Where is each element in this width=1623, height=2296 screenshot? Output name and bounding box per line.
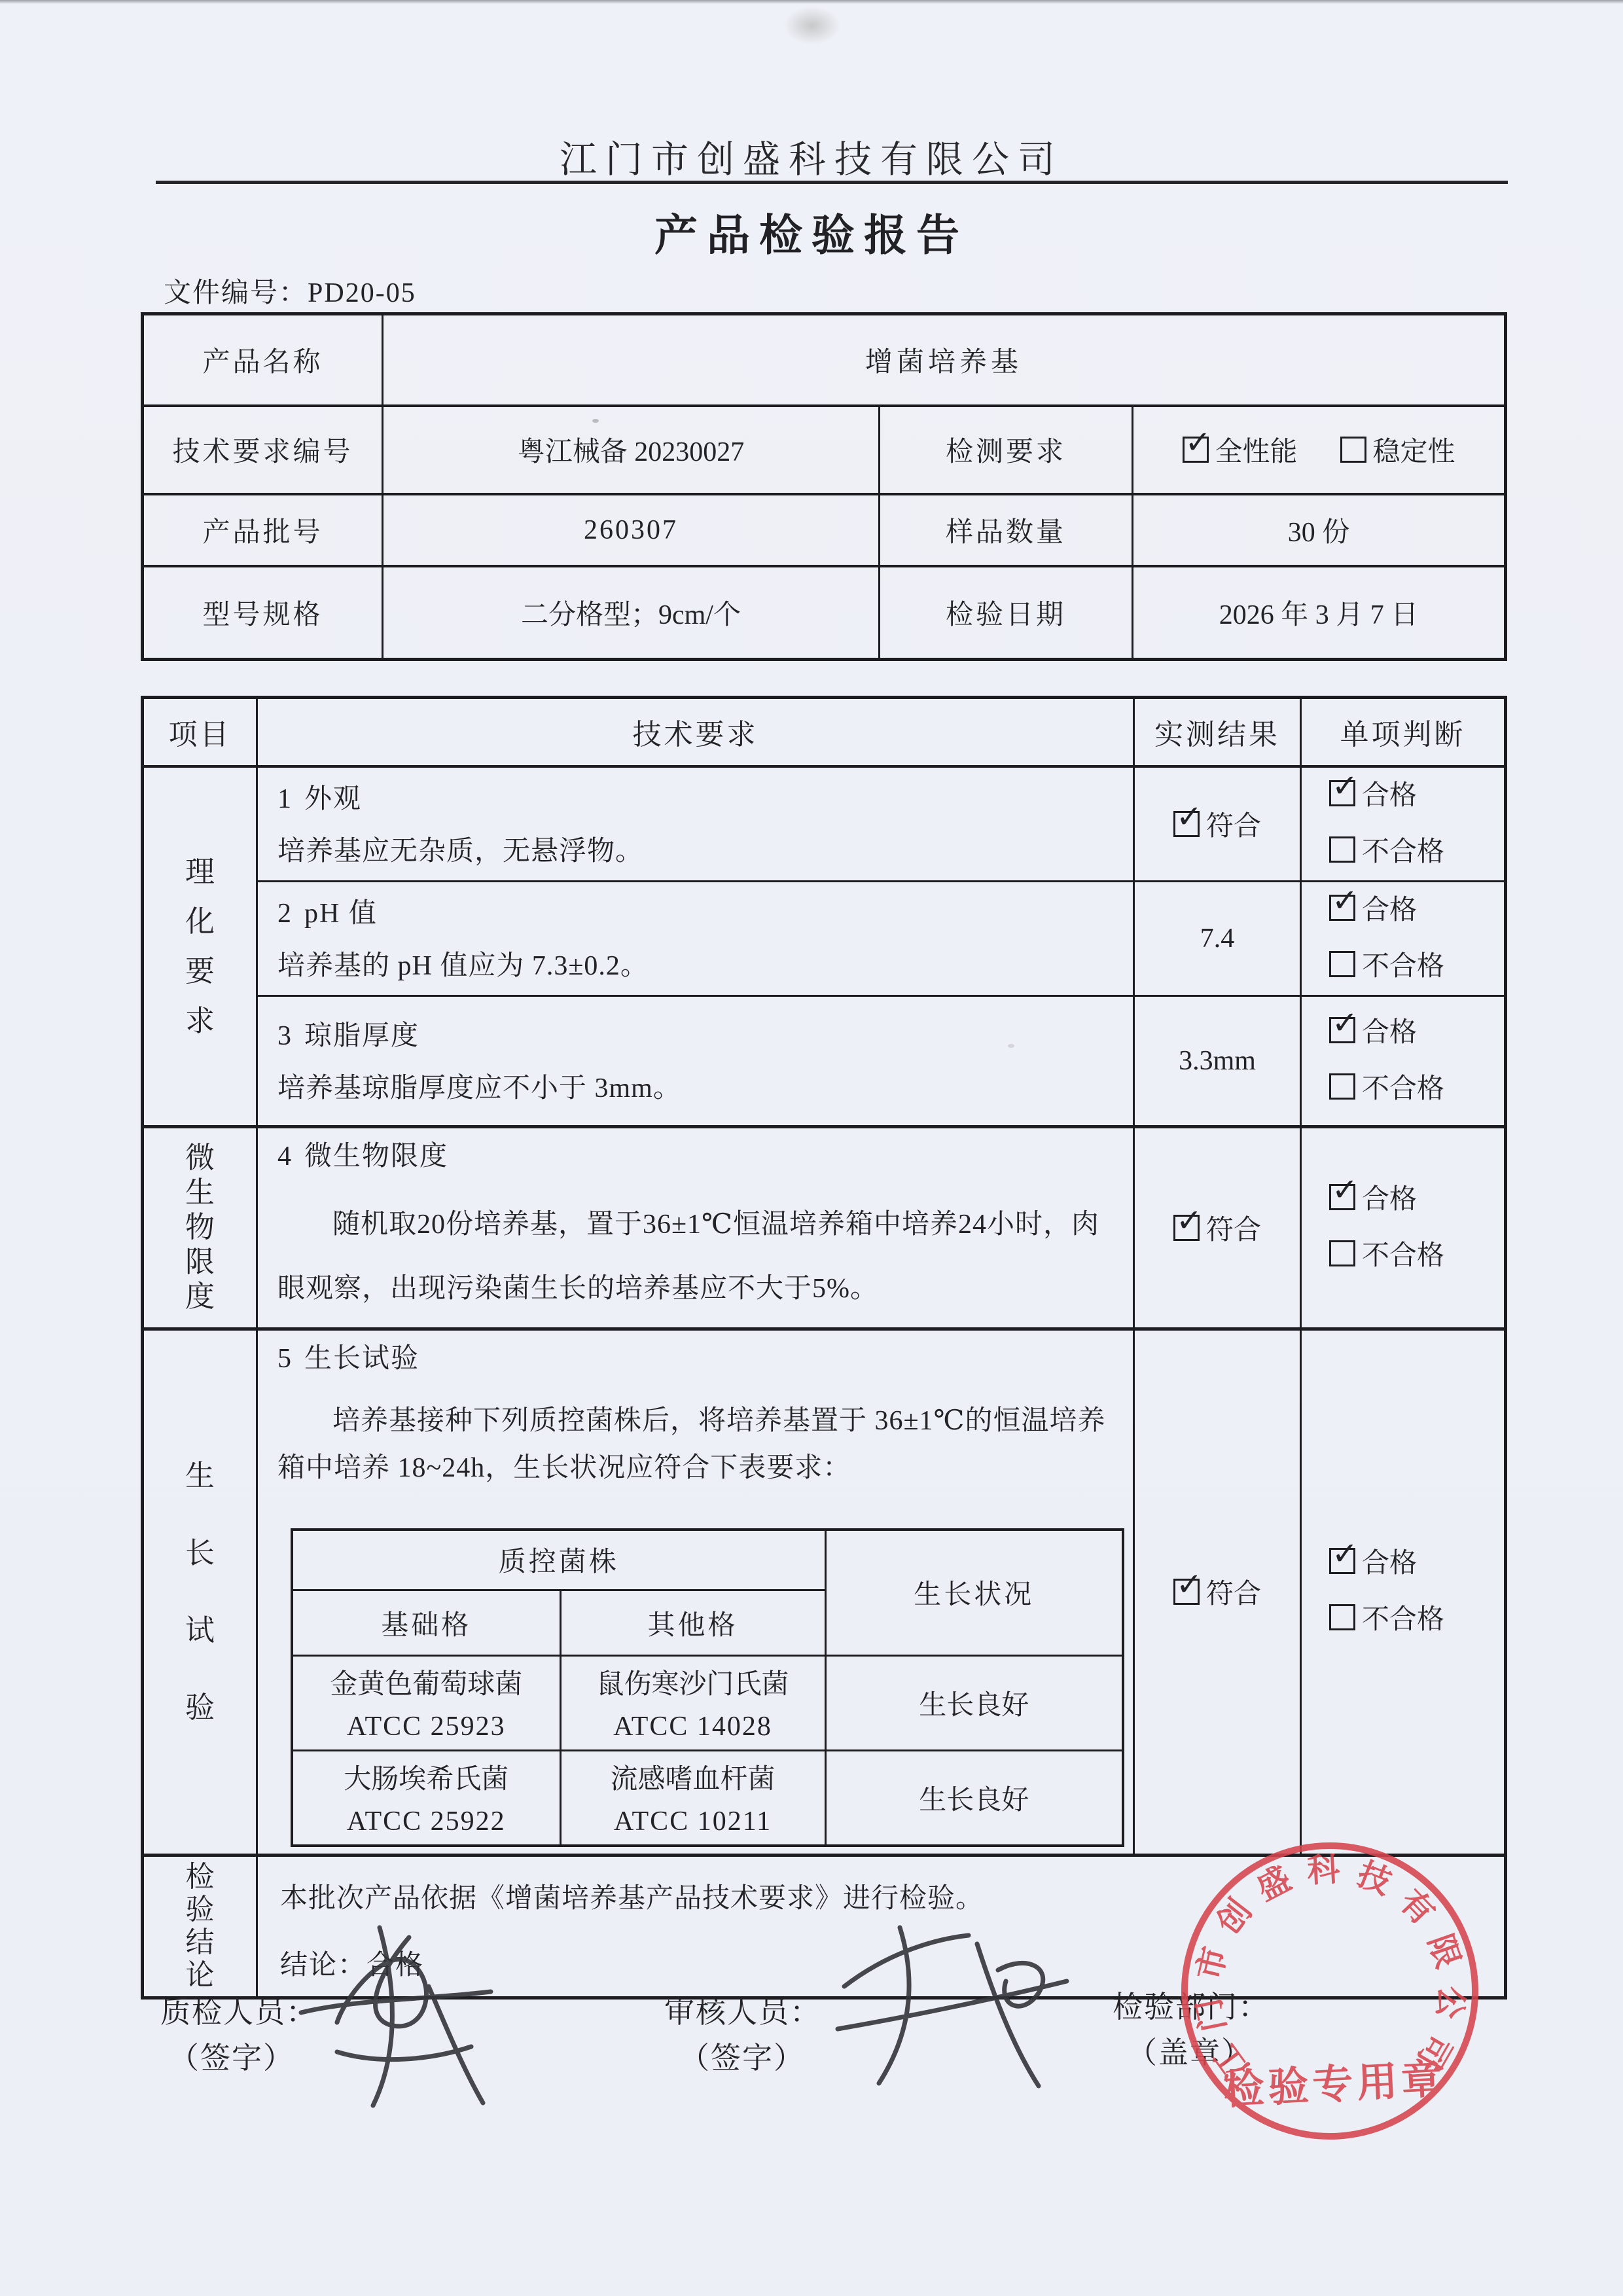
growth-status-cell: 生长良好	[825, 1656, 1123, 1751]
strain-base-cell: 金黄色葡萄球菌 ATCC 25923	[292, 1656, 560, 1751]
section-label-conclusion: 检验结论	[143, 1855, 257, 1998]
checkbox-checked-icon: ✓	[1173, 1579, 1200, 1605]
growth-col-base: 基础格	[292, 1590, 560, 1656]
table-row: 生长试验 5生长试验 培养基接种下列质控菌株后，将培养基置于 36±1℃的恒温培…	[143, 1329, 1506, 1855]
table-row: 产品名称 增菌培养基	[143, 314, 1506, 406]
checkbox-checked-icon: ✓	[1329, 780, 1355, 806]
strain-base-cell: 大肠埃希氏菌 ATCC 25922	[292, 1751, 560, 1846]
company-name: 江门市创盛科技有限公司	[0, 130, 1623, 183]
table-row: 理化要求 1外观 培养基应无杂质，无悬浮物。 ✓符合 ✓合格 不合格	[143, 766, 1506, 882]
item-name: 琼脂厚度	[304, 1021, 419, 1051]
section-label-micro: 微生物限度	[143, 1126, 257, 1329]
svg-text:门: 门	[1190, 1995, 1232, 2034]
item-desc: 随机取20份培养基，置于36±1℃恒温培养箱中培养24小时，肉眼观察，出现污染菌…	[277, 1193, 1116, 1321]
growth-col-other: 其他格	[560, 1590, 825, 1656]
requirement-cell: 2pH 值 培养基的 pH 值应为 7.3±0.2。	[257, 881, 1134, 996]
header-rule	[156, 181, 1508, 184]
item-number: 3	[277, 1017, 293, 1055]
checkbox-empty-icon	[1329, 1604, 1355, 1630]
test-req-option-full: 全性能	[1215, 437, 1298, 467]
svg-text:科: 科	[1306, 1851, 1341, 1890]
requirement-cell: 3琼脂厚度 培养基琼脂厚度应不小于 3mm。	[257, 996, 1134, 1126]
reviewer-signature	[802, 1908, 1077, 2104]
product-name-label: 产品名称	[143, 314, 383, 406]
col-header-item: 项目	[143, 698, 257, 766]
judgment-cell: ✓合格 不合格	[1301, 1126, 1506, 1329]
qc-signature	[275, 1901, 510, 2117]
document-number-value: PD20-05	[308, 278, 416, 308]
date-value: 2026 年 3 月 7 日	[1133, 566, 1506, 660]
checkbox-empty-icon	[1329, 951, 1355, 977]
inspection-results-table: 项目 技术要求 实测结果 单项判断 理化要求 1外观 培养基应无杂质，无悬浮物。…	[141, 696, 1507, 2000]
results-header-row: 项目 技术要求 实测结果 单项判断	[143, 698, 1506, 766]
judgment-cell: ✓合格 不合格	[1301, 996, 1506, 1126]
checkbox-checked-icon: ✓	[1329, 895, 1355, 921]
scan-smudge	[784, 7, 840, 45]
table-row: 大肠埃希氏菌 ATCC 25922 流感嗜血杆菌 ATCC 10211 生长良好	[292, 1751, 1123, 1846]
item-name: 微生物限度	[304, 1141, 448, 1172]
checkbox-checked-icon: ✓	[1329, 1017, 1355, 1043]
item-desc: 培养基琼脂厚度应不小于 3mm。	[277, 1069, 1116, 1107]
table-row: 金黄色葡萄球菌 ATCC 25923 鼠伤寒沙门氏菌 ATCC 14028 生长…	[292, 1656, 1123, 1751]
result-cell: 3.3mm	[1134, 996, 1301, 1126]
checkbox-checked-icon: ✓	[1329, 1548, 1355, 1574]
strain-other-cell: 流感嗜血杆菌 ATCC 10211	[560, 1751, 825, 1846]
stamp-company-arc-text: 江门市创盛科技有限公司	[1183, 1844, 1474, 2088]
test-req-label: 检测要求	[880, 406, 1133, 494]
checkbox-checked-icon: ✓	[1173, 811, 1200, 837]
checkbox-empty-icon	[1329, 836, 1355, 863]
sample-qty-value: 30 份	[1133, 494, 1506, 566]
judgment-cell: ✓合格 不合格	[1301, 881, 1506, 996]
judgment-cell: ✓合格 不合格	[1301, 766, 1506, 882]
growth-header-status: 生长状况	[825, 1530, 1123, 1656]
batch-value: 260307	[383, 494, 880, 566]
requirement-cell: 4微生物限度 随机取20份培养基，置于36±1℃恒温培养箱中培养24小时，肉眼观…	[257, 1126, 1134, 1329]
judgment-cell: ✓合格 不合格	[1301, 1329, 1506, 1855]
result-cell: 7.4	[1134, 881, 1301, 996]
test-req-value: ✓全性能 稳定性	[1133, 406, 1506, 494]
strain-other-cell: 鼠伤寒沙门氏菌 ATCC 14028	[560, 1656, 825, 1751]
growth-status-cell: 生长良好	[825, 1751, 1123, 1846]
reviewer-sub: （签字）	[679, 2034, 805, 2077]
svg-text:市: 市	[1190, 1943, 1234, 1983]
section-label-physchem: 理化要求	[143, 766, 257, 1127]
table-row: 3琼脂厚度 培养基琼脂厚度应不小于 3mm。 3.3mm ✓合格 不合格	[143, 996, 1506, 1126]
scan-edge-shadow	[0, 0, 1623, 4]
document-number: 文件编号：PD20-05	[164, 271, 416, 310]
svg-text:公: 公	[1431, 1984, 1470, 2020]
product-info-table: 产品名称 增菌培养基 技术要求编号 粤江械备 20230027 检测要求 ✓全性…	[141, 312, 1507, 661]
growth-test-table: 质控菌株 生长状况 基础格 其他格 金黄色葡萄球菌 ATCC 25923	[291, 1528, 1124, 1847]
item-name: pH 值	[304, 899, 378, 929]
checkbox-empty-icon	[1340, 437, 1366, 463]
item-name: 外观	[304, 784, 362, 814]
item-desc: 培养基的 pH 值应为 7.3±0.2。	[277, 947, 1116, 985]
table-row: 2pH 值 培养基的 pH 值应为 7.3±0.2。 7.4 ✓合格 不合格	[143, 881, 1506, 996]
growth-header-strains: 质控菌株	[292, 1530, 825, 1590]
checkbox-empty-icon	[1329, 1240, 1355, 1266]
table-row: 微生物限度 4微生物限度 随机取20份培养基，置于36±1℃恒温培养箱中培养24…	[143, 1126, 1506, 1329]
page-title: 产品检验报告	[0, 200, 1623, 262]
section-label-growth: 生长试验	[143, 1329, 257, 1855]
table-row: 技术要求编号 粤江械备 20230027 检测要求 ✓全性能 稳定性	[143, 406, 1506, 494]
tech-req-no-value: 粤江械备 20230027	[383, 406, 880, 494]
item-name: 生长试验	[304, 1344, 419, 1374]
model-label: 型号规格	[143, 566, 383, 660]
svg-text:限: 限	[1421, 1929, 1467, 1973]
table-row: 型号规格 二分格型；9cm/个 检验日期 2026 年 3 月 7 日	[143, 566, 1506, 660]
document-number-label: 文件编号：	[164, 278, 308, 308]
test-req-option-stability: 稳定性	[1373, 437, 1455, 467]
col-header-judgment: 单项判断	[1301, 698, 1506, 766]
svg-text:技: 技	[1353, 1856, 1397, 1901]
reviewer-label: 审核人员：	[664, 1988, 821, 2032]
item-desc: 培养基应无杂质，无悬浮物。	[277, 833, 1116, 870]
batch-label: 产品批号	[143, 494, 383, 566]
date-label: 检验日期	[880, 566, 1133, 660]
item-desc: 培养基接种下列质控菌株后，将培养基置于 36±1℃的恒温培养箱中培养 18~24…	[277, 1397, 1116, 1492]
item-number: 4	[277, 1138, 293, 1175]
requirement-cell: 1外观 培养基应无杂质，无悬浮物。	[257, 766, 1134, 882]
product-name-value: 增菌培养基	[383, 314, 1506, 406]
scanned-inspection-report: 江门市创盛科技有限公司 产品检验报告 文件编号：PD20-05 产品名称 增菌培…	[0, 0, 1623, 2296]
sample-qty-label: 样品数量	[880, 494, 1133, 566]
col-header-requirement: 技术要求	[257, 698, 1134, 766]
inspection-stamp: 江门市创盛科技有限公司 检验专用章	[1151, 1812, 1509, 2170]
item-number: 5	[277, 1340, 293, 1378]
result-cell: ✓符合	[1134, 1126, 1301, 1329]
item-number: 1	[277, 780, 293, 818]
tech-req-no-label: 技术要求编号	[143, 406, 383, 494]
requirement-cell: 5生长试验 培养基接种下列质控菌株后，将培养基置于 36±1℃的恒温培养箱中培养…	[257, 1329, 1134, 1855]
col-header-result: 实测结果	[1134, 698, 1301, 766]
table-row: 产品批号 260307 样品数量 30 份	[143, 494, 1506, 566]
checkbox-checked-icon: ✓	[1183, 437, 1209, 463]
checkbox-checked-icon: ✓	[1329, 1184, 1355, 1210]
table-row: 质控菌株 生长状况	[292, 1530, 1123, 1590]
result-cell: ✓符合	[1134, 766, 1301, 882]
checkbox-empty-icon	[1329, 1073, 1355, 1100]
model-value: 二分格型；9cm/个	[383, 566, 880, 660]
result-cell: ✓符合	[1134, 1329, 1301, 1855]
checkbox-checked-icon: ✓	[1173, 1215, 1200, 1241]
item-number: 2	[277, 895, 293, 933]
